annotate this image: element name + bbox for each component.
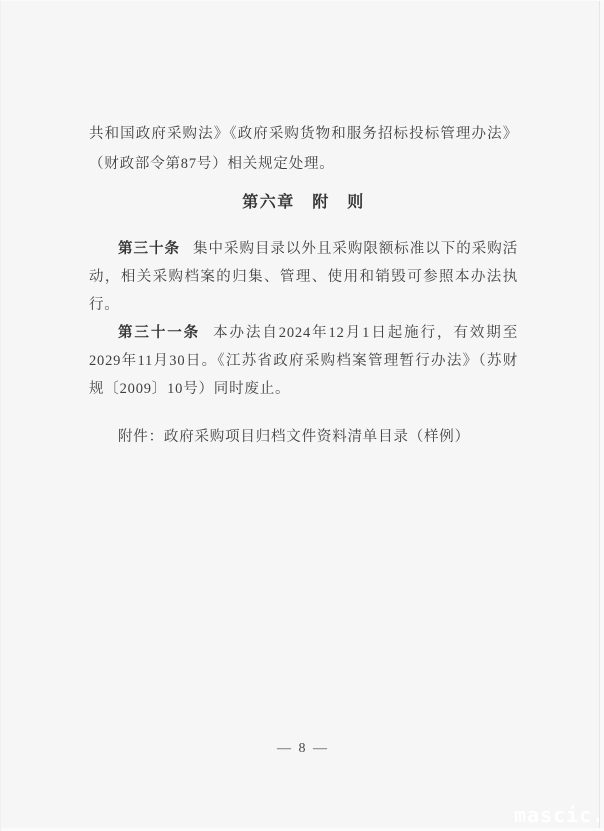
watermark-text: mascic.com	[514, 803, 604, 827]
attachment-note: 附件：政府采购项目归档文件资料清单目录（样例）	[89, 423, 518, 451]
article-31-paragraph: 第三十一条本办法自2024年12月1日起施行，有效期至2029年11月30日。《…	[89, 319, 518, 403]
page-number: — 8 —	[1, 739, 604, 759]
article-30-paragraph: 第三十条集中采购目录以外且采购限额标准以下的采购活动，相关采购档案的归集、管理、…	[89, 235, 518, 319]
chapter-heading: 第六章 附 则	[89, 191, 518, 215]
document-body: 共和国政府采购法》《政府采购货物和服务招标投标管理办法》 （财政部令第87号）相…	[89, 119, 518, 451]
intro-line-2: （财政部令第87号）相关规定处理。	[89, 149, 518, 179]
article-31-title: 第三十一条	[118, 325, 200, 341]
intro-line-1: 共和国政府采购法》《政府采购货物和服务招标投标管理办法》	[89, 119, 518, 149]
page-edge-line	[599, 1, 600, 831]
document-page: 共和国政府采购法》《政府采购货物和服务招标投标管理办法》 （财政部令第87号）相…	[0, 0, 604, 831]
page-edge-band	[600, 1, 604, 831]
article-30-title: 第三十条	[118, 241, 180, 257]
